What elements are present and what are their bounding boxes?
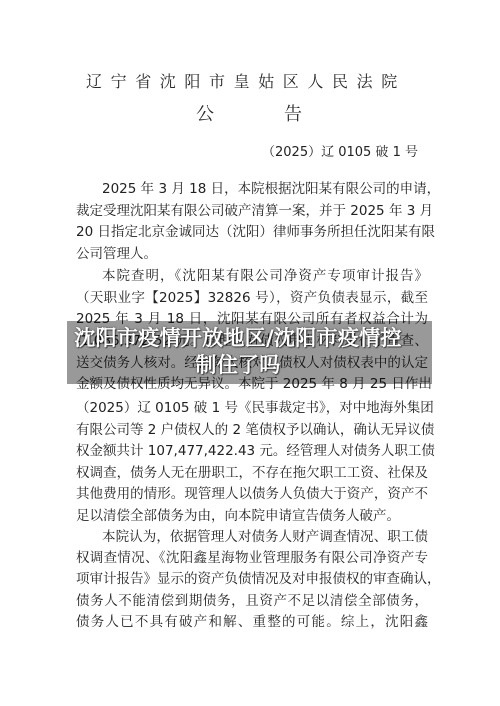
body-line: 其他费用的情形。现管理人以债务人负债大于资产，资产不: [76, 483, 428, 505]
notice-title-char-1: 公: [196, 104, 214, 126]
body-line: 2025 年 3 月 18 日，本院根据沈阳某有限公司的申请，: [102, 178, 428, 200]
notice-title-char-2: 告: [284, 104, 302, 126]
headline-overlay-line-1: 沈阳市疫情开放地区/沈阳市疫情控: [67, 325, 409, 351]
body-line: 项审计报告》显示的资产负债情况及对申报债权的审查确认，: [76, 568, 428, 590]
body-line: 权金额共计 107,477,422.43 元。经管理人对债务人职工债: [76, 440, 428, 462]
body-line: 权调查情况、《沈阳鑫星海物业管理服务有限公司净资产专: [76, 547, 428, 569]
body-line: 裁定受理沈阳某有限公司破产清算一案，并于 2025 年 3 月: [76, 200, 428, 222]
body-line: 公司管理人。: [76, 243, 428, 265]
body-line: 债务人已不具有破产和解、重整的可能。综上，沈阳鑫: [76, 611, 428, 633]
body-line: 债务人不能清偿到期债务，且资产不足以清偿全部债务，: [76, 590, 428, 612]
body-line: 权调查，债务人无在册职工，不存在拖欠职工工资、社保及: [76, 462, 428, 484]
case-number: （2025）辽 0105 破 1 号: [262, 145, 418, 161]
body-line: 足以清偿全部债务为由，向本院申请宣告债务人破产。: [76, 505, 428, 527]
body-line: 本院查明，《沈阳某有限公司净资产专项审计报告》: [102, 265, 428, 287]
headline-overlay-line-2: 制住了吗: [67, 352, 409, 378]
body-line: 有限公司等 2 户债权人的 2 笔债权予以确认，确认无异议债: [76, 419, 428, 441]
body-line: （天职业字【2025】32826 号），资产负债表显示，截至: [76, 287, 428, 309]
body-line: （2025）辽 0105 破 1 号《民事裁定书》，对中地海外集团: [76, 397, 428, 419]
body-line: 本院认为，依据管理人对债务人财产调查情况、职工债: [102, 526, 428, 548]
body-line: 20 日指定北京金诚同达（沈阳）律师事务所担任沈阳某有限: [76, 221, 428, 243]
court-name-heading: 辽宁省沈阳市皇姑区人民法院: [86, 72, 416, 92]
document-page: 辽宁省沈阳市皇姑区人民法院 公 告 （2025）辽 0105 破 1 号 202…: [0, 0, 500, 706]
